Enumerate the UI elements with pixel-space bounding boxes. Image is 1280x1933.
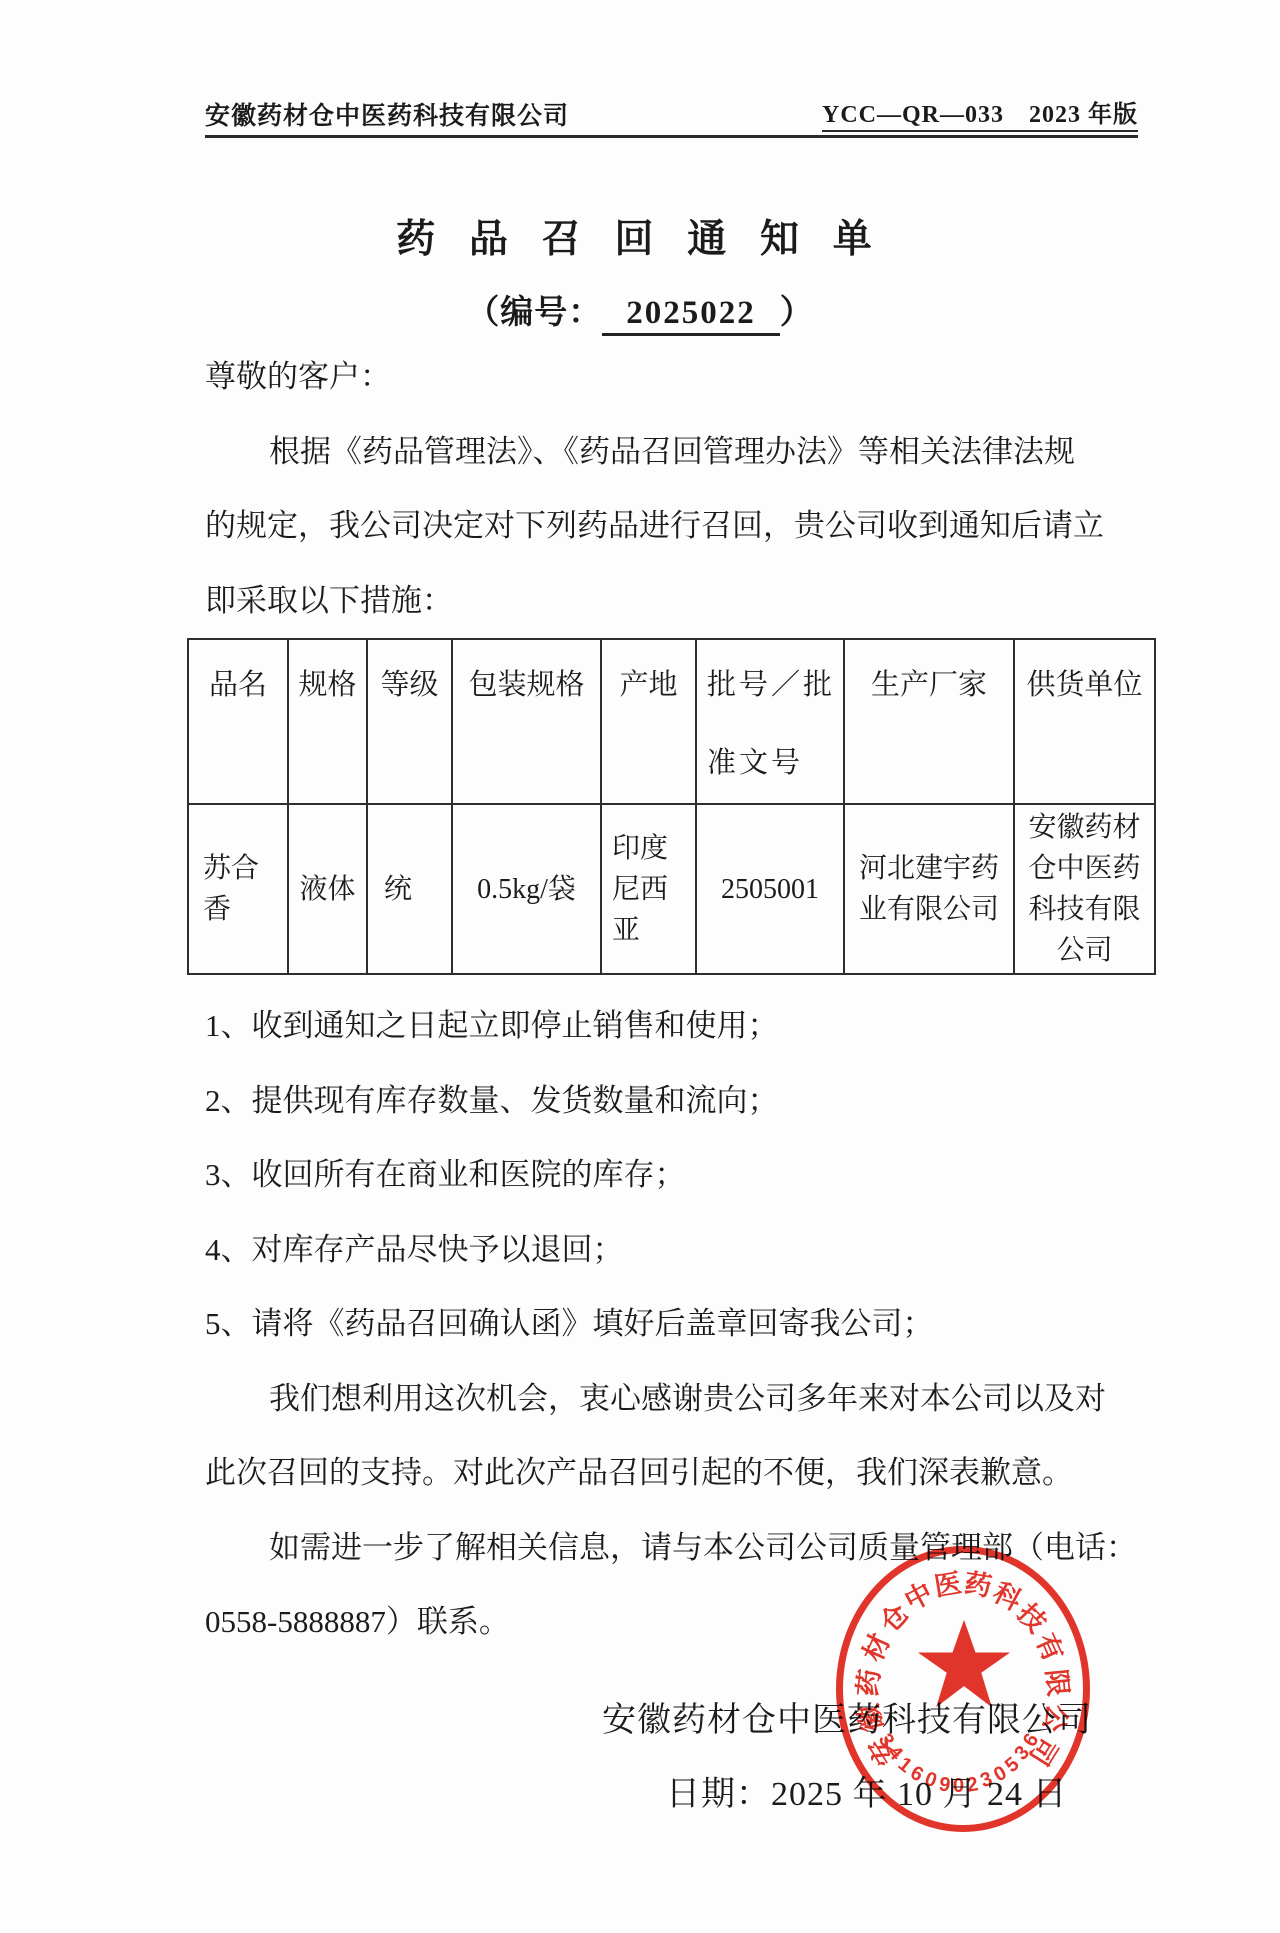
doc-number-suffix: ）	[780, 295, 814, 331]
intro-line: 即采取以下措施：	[205, 564, 1155, 639]
seal-star-icon	[916, 1618, 1012, 1714]
page-title: 药 品 召 回 通 知 单	[0, 208, 1280, 264]
cell-product-name: 苏合香	[188, 804, 288, 974]
table-row: 苏合香 液体 统 0.5kg/袋 印度尼西亚 2505001 河北建宇药业有限公…	[188, 804, 1155, 974]
thanks-line: 此次召回的支持。对此次产品召回引起的不便，我们深表歉意。	[205, 1436, 1155, 1511]
doc-number-value: 2025022	[602, 295, 780, 336]
cell-package-spec: 0.5kg/袋	[452, 804, 601, 974]
list-item: 5、请将《药品召回确认函》填好后盖章回寄我公司；	[205, 1287, 1155, 1362]
list-item: 4、对库存产品尽快予以退回；	[205, 1213, 1155, 1288]
col-header-spec: 规格	[288, 639, 367, 804]
col-header-product-name: 品名	[188, 639, 288, 804]
list-item: 3、收回所有在商业和医院的库存；	[205, 1138, 1155, 1213]
measures-list: 1、收到通知之日起立即停止销售和使用； 2、提供现有库存数量、发货数量和流向； …	[205, 989, 1155, 1362]
company-seal: 安徽药材仓中医药科技有限公司 3416090230536	[836, 1546, 1090, 1832]
cell-origin: 印度尼西亚	[601, 804, 696, 974]
col-header-supplier: 供货单位	[1014, 639, 1155, 804]
header-company-name: 安徽药材仓中医药科技有限公司	[205, 96, 569, 132]
intro-line: 的规定，我公司决定对下列药品进行召回，贵公司收到通知后请立	[205, 489, 1155, 564]
document-body: 尊敬的客户： 根据《药品管理法》、《药品召回管理办法》等相关法律法规 的规定，我…	[205, 340, 1155, 1660]
cell-batch-no: 2505001	[696, 804, 844, 974]
col-header-origin: 产地	[601, 639, 696, 804]
document-header: 安徽药材仓中医药科技有限公司 YCC—QR—033 2023 年版	[205, 94, 1138, 138]
recall-notice-document: 安徽药材仓中医药科技有限公司 YCC—QR—033 2023 年版 药 品 召 …	[0, 0, 1280, 1933]
table-header-row: 品名 规格 等级 包装规格 产地 批号／批准文号 生产厂家 供货单位	[188, 639, 1155, 804]
cell-spec: 液体	[288, 804, 367, 974]
cell-grade: 统	[367, 804, 452, 974]
recall-product-table: 品名 规格 等级 包装规格 产地 批号／批准文号 生产厂家 供货单位 苏合香 液…	[187, 638, 1156, 975]
col-header-manufacturer: 生产厂家	[844, 639, 1014, 804]
cell-manufacturer: 河北建宇药业有限公司	[844, 804, 1014, 974]
doc-number-prefix: （编号：	[466, 295, 602, 331]
col-header-batch-no: 批号／批准文号	[696, 639, 844, 804]
doc-number-line: （编号：2025022）	[0, 286, 1280, 333]
col-header-package-spec: 包装规格	[452, 639, 601, 804]
col-header-grade: 等级	[367, 639, 452, 804]
list-item: 2、提供现有库存数量、发货数量和流向；	[205, 1064, 1155, 1139]
header-doc-code: YCC—QR—033 2023 年版	[822, 94, 1138, 132]
cell-supplier: 安徽药材仓中医药科技有限公司	[1014, 804, 1155, 974]
salutation: 尊敬的客户：	[205, 340, 1155, 415]
thanks-line: 我们想利用这次机会，衷心感谢贵公司多年来对本公司以及对	[205, 1362, 1155, 1437]
intro-line: 根据《药品管理法》、《药品召回管理办法》等相关法律法规	[205, 415, 1155, 490]
list-item: 1、收到通知之日起立即停止销售和使用；	[205, 989, 1155, 1064]
